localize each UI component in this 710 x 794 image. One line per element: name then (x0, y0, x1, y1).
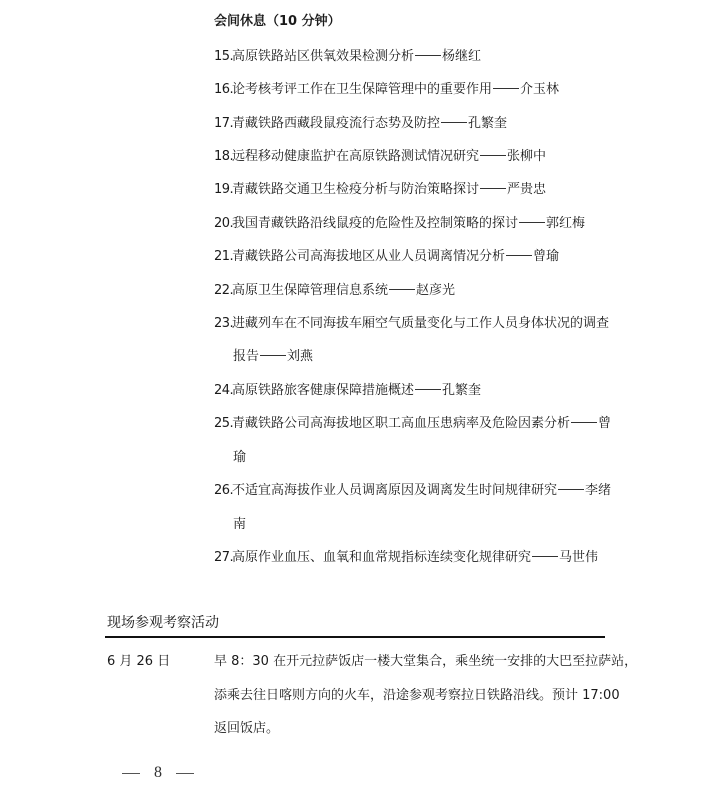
footer-dash-left (122, 773, 140, 774)
item-number: 26. (214, 483, 232, 499)
item-author-continuation: 瑜 (233, 450, 246, 465)
agenda-item-27: 27.高原作业血压、血氧和血常规指标连续变化规律研究马世伟 (214, 550, 598, 566)
agenda-item-25: 25.青藏铁路公司高海拔地区职工高血压患病率及危险因素分析曾 (214, 416, 611, 432)
break-title: 会间休息（10 分钟） (214, 14, 341, 30)
em-dash-separator (558, 489, 584, 490)
em-dash-separator (441, 122, 467, 123)
em-dash-separator (480, 155, 506, 156)
item-number: 21. (214, 249, 232, 265)
section-title-field-visit: 现场参观考察活动 (107, 614, 219, 632)
item-title: 青藏铁路公司高海拔地区职工高血压患病率及危险因素分析 (232, 416, 570, 431)
item-number: 25. (214, 416, 232, 432)
agenda-item-20: 20.我国青藏铁路沿线鼠疫的危险性及控制策略的探讨郭红梅 (214, 216, 585, 232)
item-title: 高原卫生保障管理信息系统 (232, 283, 388, 298)
agenda-item-23-continuation: 报告刘燕 (233, 349, 313, 365)
page-number: 8 (154, 764, 162, 782)
visit-description-line-2: 添乘去往日喀则方向的火车，沿途参观考察拉日铁路沿线。预计 17:00 (214, 688, 620, 704)
agenda-item-21: 21.青藏铁路公司高海拔地区从业人员调离情况分析曾瑜 (214, 249, 559, 265)
item-author-continuation: 南 (233, 517, 246, 532)
item-title: 青藏铁路交通卫生检疫分析与防治策略探讨 (232, 182, 479, 197)
item-author: 介玉林 (520, 82, 559, 97)
em-dash-separator (532, 556, 558, 557)
item-number: 20. (214, 216, 232, 232)
item-author: 严贵忠 (507, 182, 546, 197)
item-title: 青藏铁路西藏段鼠疫流行态势及防控 (232, 116, 440, 131)
item-number: 17. (214, 116, 232, 132)
document-page: 会间休息（10 分钟） 15.高原铁路站区供氧效果检测分析杨继红 16.论考核考… (0, 0, 710, 794)
item-author: 赵彦光 (416, 283, 455, 298)
page-footer: 8 (122, 764, 194, 782)
agenda-item-19: 19.青藏铁路交通卫生检疫分析与防治策略探讨严贵忠 (214, 182, 546, 198)
em-dash-separator (389, 289, 415, 290)
item-author: 孔繁奎 (468, 116, 507, 131)
agenda-item-17: 17.青藏铁路西藏段鼠疫流行态势及防控孔繁奎 (214, 116, 507, 132)
agenda-item-16: 16.论考核考评工作在卫生保障管理中的重要作用介玉林 (214, 82, 559, 98)
item-title: 远程移动健康监护在高原铁路测试情况研究 (232, 149, 479, 164)
item-title: 青藏铁路公司高海拔地区从业人员调离情况分析 (232, 249, 505, 264)
agenda-item-26-continuation: 南 (233, 517, 246, 533)
item-author: 刘燕 (287, 349, 313, 364)
item-number: 22. (214, 283, 232, 299)
em-dash-separator (480, 188, 506, 189)
item-number: 16. (214, 82, 232, 98)
item-title-continuation: 报告 (233, 349, 259, 364)
item-number: 27. (214, 550, 232, 566)
visit-date: 6 月 26 日 (107, 654, 170, 670)
item-author: 郭红梅 (546, 216, 585, 231)
item-author-part1: 曾 (598, 416, 611, 431)
item-title: 我国青藏铁路沿线鼠疫的危险性及控制策略的探讨 (232, 216, 518, 231)
item-author: 张柳中 (507, 149, 546, 164)
item-number: 15. (214, 49, 232, 65)
item-number: 23. (214, 316, 232, 332)
item-title: 高原铁路站区供氧效果检测分析 (232, 49, 414, 64)
item-title: 进藏列车在不同海拔车厢空气质量变化与工作人员身体状况的调查 (232, 316, 609, 331)
agenda-item-15: 15.高原铁路站区供氧效果检测分析杨继红 (214, 49, 481, 65)
item-number: 18. (214, 149, 232, 165)
visit-description-line-1: 早 8：30 在开元拉萨饭店一楼大堂集合，乘坐统一安排的大巴至拉萨站， (214, 654, 637, 670)
em-dash-separator (519, 222, 545, 223)
agenda-item-24: 24.高原铁路旅客健康保障措施概述孔繁奎 (214, 383, 481, 399)
footer-dash-right (176, 773, 194, 774)
agenda-item-22: 22.高原卫生保障管理信息系统赵彦光 (214, 283, 455, 299)
item-title: 高原作业血压、血氧和血常规指标连续变化规律研究 (232, 550, 531, 565)
em-dash-separator (415, 389, 441, 390)
item-author: 孔繁奎 (442, 383, 481, 398)
agenda-item-25-continuation: 瑜 (233, 450, 246, 466)
em-dash-separator (506, 255, 532, 256)
agenda-item-26: 26.不适宜高海拔作业人员调离原因及调离发生时间规律研究李绪 (214, 483, 611, 499)
item-author: 曾瑜 (533, 249, 559, 264)
em-dash-separator (260, 355, 286, 356)
em-dash-separator (493, 88, 519, 89)
agenda-item-23: 23.进藏列车在不同海拔车厢空气质量变化与工作人员身体状况的调查 (214, 316, 609, 332)
item-title: 高原铁路旅客健康保障措施概述 (232, 383, 414, 398)
item-author: 马世伟 (559, 550, 598, 565)
item-number: 24. (214, 383, 232, 399)
item-author-part1: 李绪 (585, 483, 611, 498)
item-author: 杨继红 (442, 49, 481, 64)
visit-description-line-3: 返回饭店。 (214, 721, 279, 737)
item-number: 19. (214, 182, 232, 198)
section-divider (105, 636, 605, 638)
item-title: 论考核考评工作在卫生保障管理中的重要作用 (232, 82, 492, 97)
agenda-item-18: 18.远程移动健康监护在高原铁路测试情况研究张柳中 (214, 149, 546, 165)
item-title: 不适宜高海拔作业人员调离原因及调离发生时间规律研究 (232, 483, 557, 498)
em-dash-separator (415, 55, 441, 56)
em-dash-separator (571, 422, 597, 423)
